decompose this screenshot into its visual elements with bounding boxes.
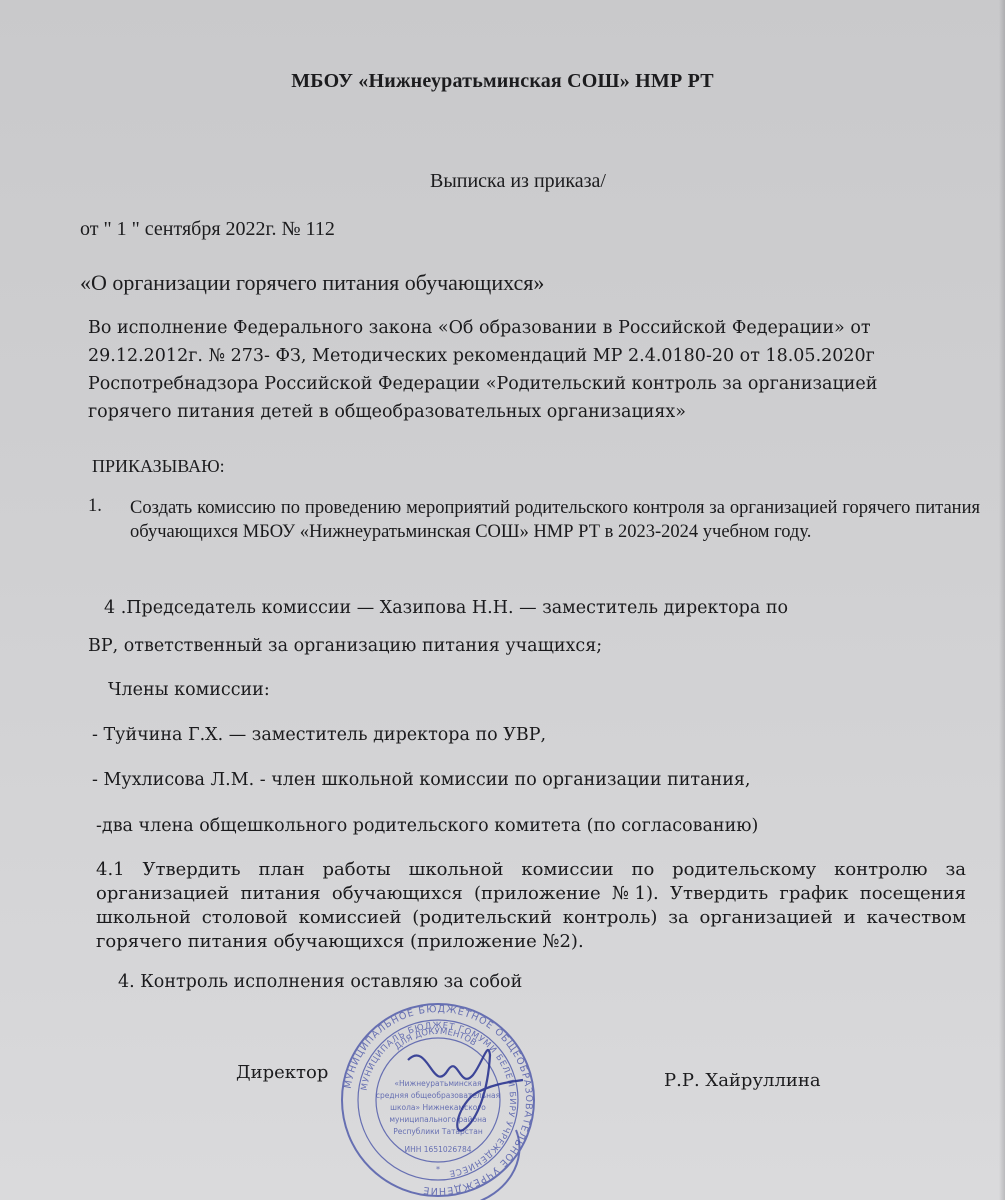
chair-line-2: ВР, ответственный за организацию питания…	[88, 636, 602, 656]
orders-label: ПРИКАЗЫВАЮ:	[92, 456, 225, 477]
svg-text:школа» Нижнекамского: школа» Нижнекамского	[390, 1103, 486, 1112]
order-subject: «О организации горячего питания обучающи…	[80, 270, 544, 296]
director-name: Р.Р. Хайруллина	[664, 1070, 821, 1091]
order-item-1: 1. Создать комиссию по проведению меропр…	[88, 496, 980, 544]
svg-text:Республики Татарстан: Республики Татарстан	[393, 1127, 483, 1136]
svg-text:*: *	[436, 1165, 440, 1174]
preamble-line: Во исполнение Федерального закона «Об об…	[88, 318, 871, 338]
preamble-line: Роспотребнадзора Российской Федерации «Р…	[88, 374, 877, 394]
director-label: Директор	[236, 1062, 328, 1083]
member-item: - Туйчина Г.Х. — заместитель директора п…	[92, 725, 546, 745]
item-line: школьной столовой комиссией (родительски…	[96, 906, 966, 930]
chair-line-1: 4 .Председатель комиссии — Хазипова Н.Н.…	[104, 598, 788, 618]
members-label: Члены комиссии:	[108, 680, 270, 700]
item-number: 1.	[88, 496, 102, 517]
item-text: Создать комиссию по проведению мероприят…	[130, 496, 980, 544]
svg-text:«Нижнеуратьминская: «Нижнеуратьминская	[394, 1079, 481, 1088]
control-clause: 4. Контроль исполнения оставляю за собой	[118, 972, 522, 992]
member-item: -два члена общешкольного родительского к…	[96, 816, 758, 836]
item-line: организацией питания обучающихся (прилож…	[96, 882, 966, 906]
preamble-line: 29.12.2012г. № 273- ФЗ, Методических рек…	[88, 346, 875, 366]
official-stamp-icon: МУНИЦИПАЛЬНОЕ БЮДЖЕТНОЕ ОБЩЕОБРАЗОВАТЕЛЬ…	[338, 1000, 538, 1200]
preamble-line: горячего питания детей в общеобразовател…	[88, 402, 686, 422]
extract-title: Выписка из приказа/	[430, 170, 606, 193]
order-date: от " 1 " сентября 2022г. № 112	[80, 218, 335, 241]
item-line: 4.1 Утвердить план работы школьной комис…	[96, 858, 966, 882]
svg-text:ИНН 1651026784: ИНН 1651026784	[405, 1145, 472, 1154]
photo-edge-shadow	[999, 0, 1005, 1200]
order-item-4-1: 4.1 Утвердить план работы школьной комис…	[96, 858, 966, 954]
organization-header: МБОУ «Нижнеуратьминская СОШ» НМР РТ	[0, 70, 1005, 93]
member-item: - Мухлисова Л.М. - член школьной комисси…	[92, 770, 750, 790]
document-page: МБОУ «Нижнеуратьминская СОШ» НМР РТ Выпи…	[0, 0, 1005, 1200]
item-line: горячего питания обучающихся (приложение…	[96, 930, 966, 954]
